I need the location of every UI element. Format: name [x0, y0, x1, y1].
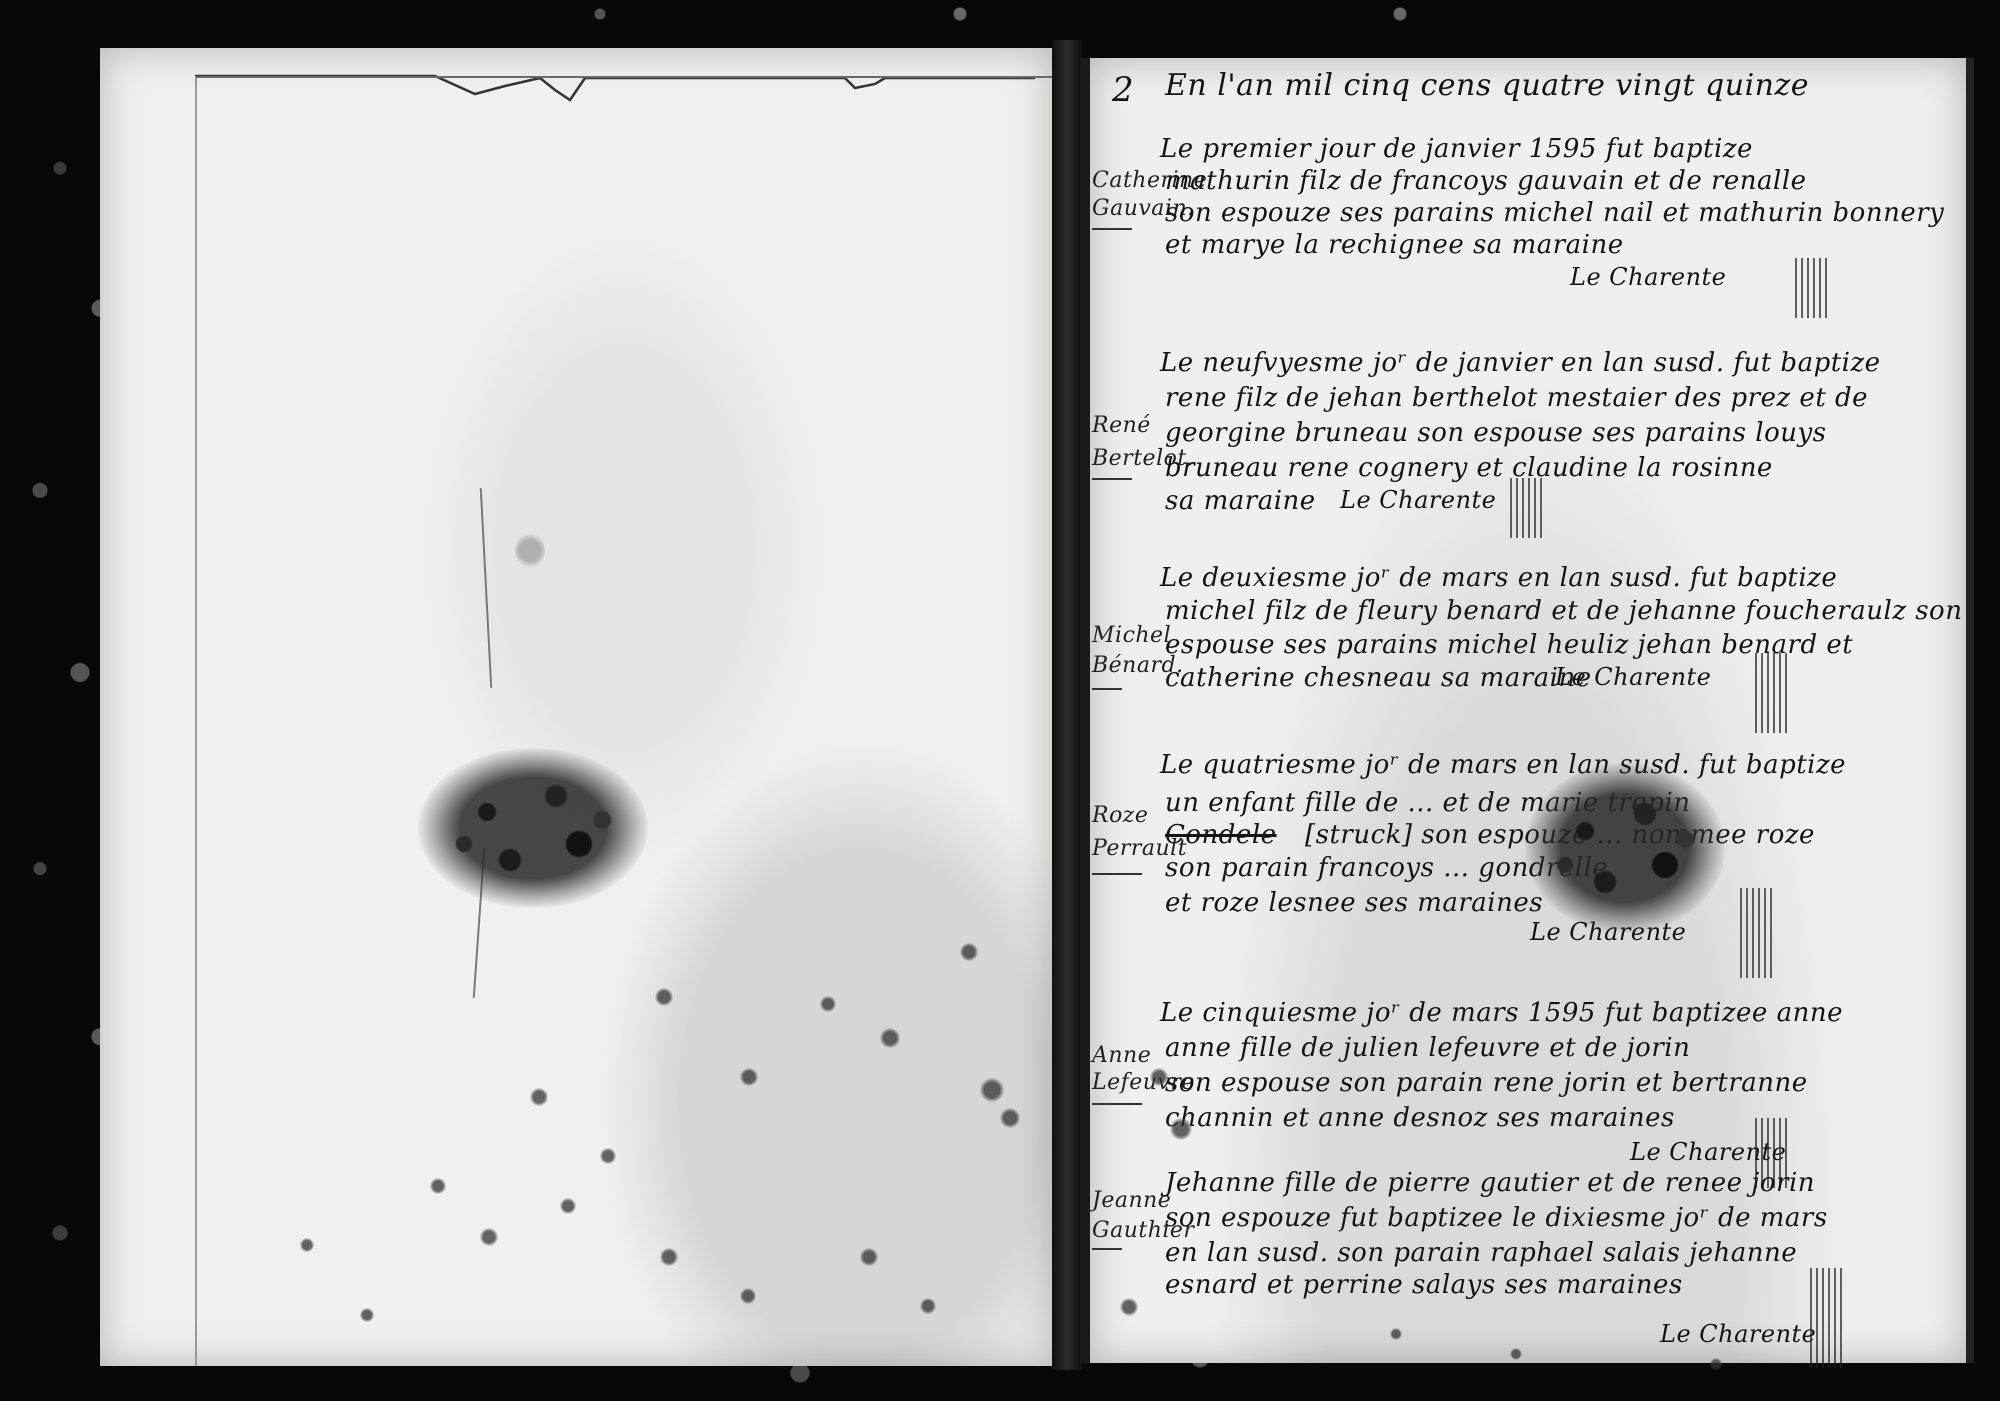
entry-line: en lan susd. son parain raphael salais j… — [1165, 1238, 1797, 1268]
entry-line: Le cinquiesme joʳ de mars 1595 fut bapti… — [1160, 998, 1843, 1028]
entry-line: esnard et perrine salays ses maraines — [1165, 1270, 1683, 1300]
mold-spot — [1170, 1118, 1192, 1140]
entry-line: Jehanne fille de pierre gautier et de re… — [1165, 1168, 1815, 1198]
priest-signature: Le Charente — [1340, 486, 1496, 514]
paraph-mark — [1740, 888, 1774, 978]
entry-line: catherine chesneau sa maraine — [1165, 663, 1592, 693]
mold-spot — [480, 1228, 498, 1246]
mold-spot — [655, 988, 673, 1006]
margin-name: Jeanne — [1092, 1188, 1171, 1213]
entry-line: Le premier jour de janvier 1595 fut bapt… — [1160, 134, 1753, 164]
mold-spot — [860, 1248, 878, 1266]
folio-number: 2 — [1112, 70, 1134, 110]
mold-spot — [1390, 1328, 1402, 1340]
entry-line: sa maraine — [1165, 486, 1316, 516]
entry-line: bruneau rene cognery et claudine la rosi… — [1165, 453, 1773, 483]
entry-line: anne fille de julien lefeuvre et de jori… — [1165, 1033, 1690, 1063]
mold-spot — [600, 1148, 616, 1164]
paraph-mark — [1795, 258, 1829, 318]
entry-line: espouse ses parains michel heuliz jehan … — [1165, 630, 1853, 660]
entry-line: son espouze fut baptizee le dixiesme joʳ… — [1165, 1203, 1828, 1233]
right-page: 2 En l'an mil cinq cens quatre vingt qui… — [1080, 58, 1974, 1363]
mold-spot — [880, 1028, 900, 1048]
entry-line: mathurin filz de francoys gauvain et de … — [1165, 166, 1807, 196]
entry-line: rene filz de jehan berthelot mestaier de… — [1165, 383, 1868, 413]
margin-rule — [1092, 688, 1122, 690]
margin-name: Roze — [1092, 803, 1148, 828]
mold-spot — [530, 1088, 548, 1106]
mold-spot — [740, 1288, 756, 1304]
mold-spot — [660, 1248, 678, 1266]
margin-rule — [1092, 478, 1132, 480]
mold-spot — [1510, 1348, 1522, 1360]
paraph-mark — [1755, 653, 1789, 733]
book-gutter — [1052, 40, 1082, 1370]
entry-line: son espouse son parain rene jorin et ber… — [1165, 1068, 1808, 1098]
stain-spot — [515, 533, 545, 568]
mold-spot — [1710, 1358, 1722, 1370]
margin-name: René — [1092, 413, 1151, 438]
margin-name: Anne — [1092, 1043, 1151, 1068]
mold-spot — [430, 1178, 446, 1194]
entry-line: Le deuxiesme joʳ de mars en lan susd. fu… — [1160, 563, 1837, 593]
paraph-mark — [1510, 478, 1544, 538]
priest-signature: Le Charente — [1660, 1320, 1816, 1348]
entry-line: channin et anne desnoz ses maraines — [1165, 1103, 1675, 1133]
mold-spot — [820, 996, 836, 1012]
priest-signature: Le Charente — [1555, 663, 1711, 691]
mold-spot — [920, 1298, 936, 1314]
margin-name: Michel — [1092, 623, 1171, 648]
mold-spot — [1120, 1298, 1138, 1316]
entry-line: son espouze ses parains michel nail et m… — [1165, 198, 1944, 228]
margin-rule — [1092, 228, 1132, 230]
mold-spot — [960, 943, 978, 961]
mold-spot — [560, 1198, 576, 1214]
mold-spot — [740, 1068, 758, 1086]
entry-line: michel filz de fleury benard et de jehan… — [1165, 596, 1962, 626]
mold-spot — [1000, 1108, 1020, 1128]
inner-leaf — [195, 76, 1052, 1366]
entry-line: Le neufvyesme joʳ de janvier en lan susd… — [1160, 348, 1881, 378]
ink-blot — [418, 748, 648, 908]
mold-spot — [300, 1238, 314, 1252]
margin-rule — [1092, 873, 1142, 875]
margin-rule — [1092, 1103, 1142, 1105]
mold-spot — [980, 1078, 1004, 1102]
entry-line: et marye la rechignee sa maraine — [1165, 230, 1624, 260]
entry-line: Le quatriesme joʳ de mars en lan susd. f… — [1160, 750, 1846, 780]
left-page — [100, 48, 1052, 1366]
margin-rule — [1092, 1248, 1122, 1250]
mold-spot — [1150, 1068, 1168, 1086]
entry-line: georgine bruneau son espouse ses parains… — [1165, 418, 1827, 448]
paraph-mark — [1810, 1268, 1844, 1368]
ink-blot — [1525, 763, 1725, 933]
year-heading: En l'an mil cinq cens quatre vingt quinz… — [1165, 68, 1809, 103]
struck-through-word: Condele — [1165, 820, 1277, 850]
mold-spot — [360, 1308, 374, 1322]
priest-signature: Le Charente — [1570, 263, 1726, 291]
entry-line: et roze lesnee ses maraines — [1165, 888, 1543, 918]
